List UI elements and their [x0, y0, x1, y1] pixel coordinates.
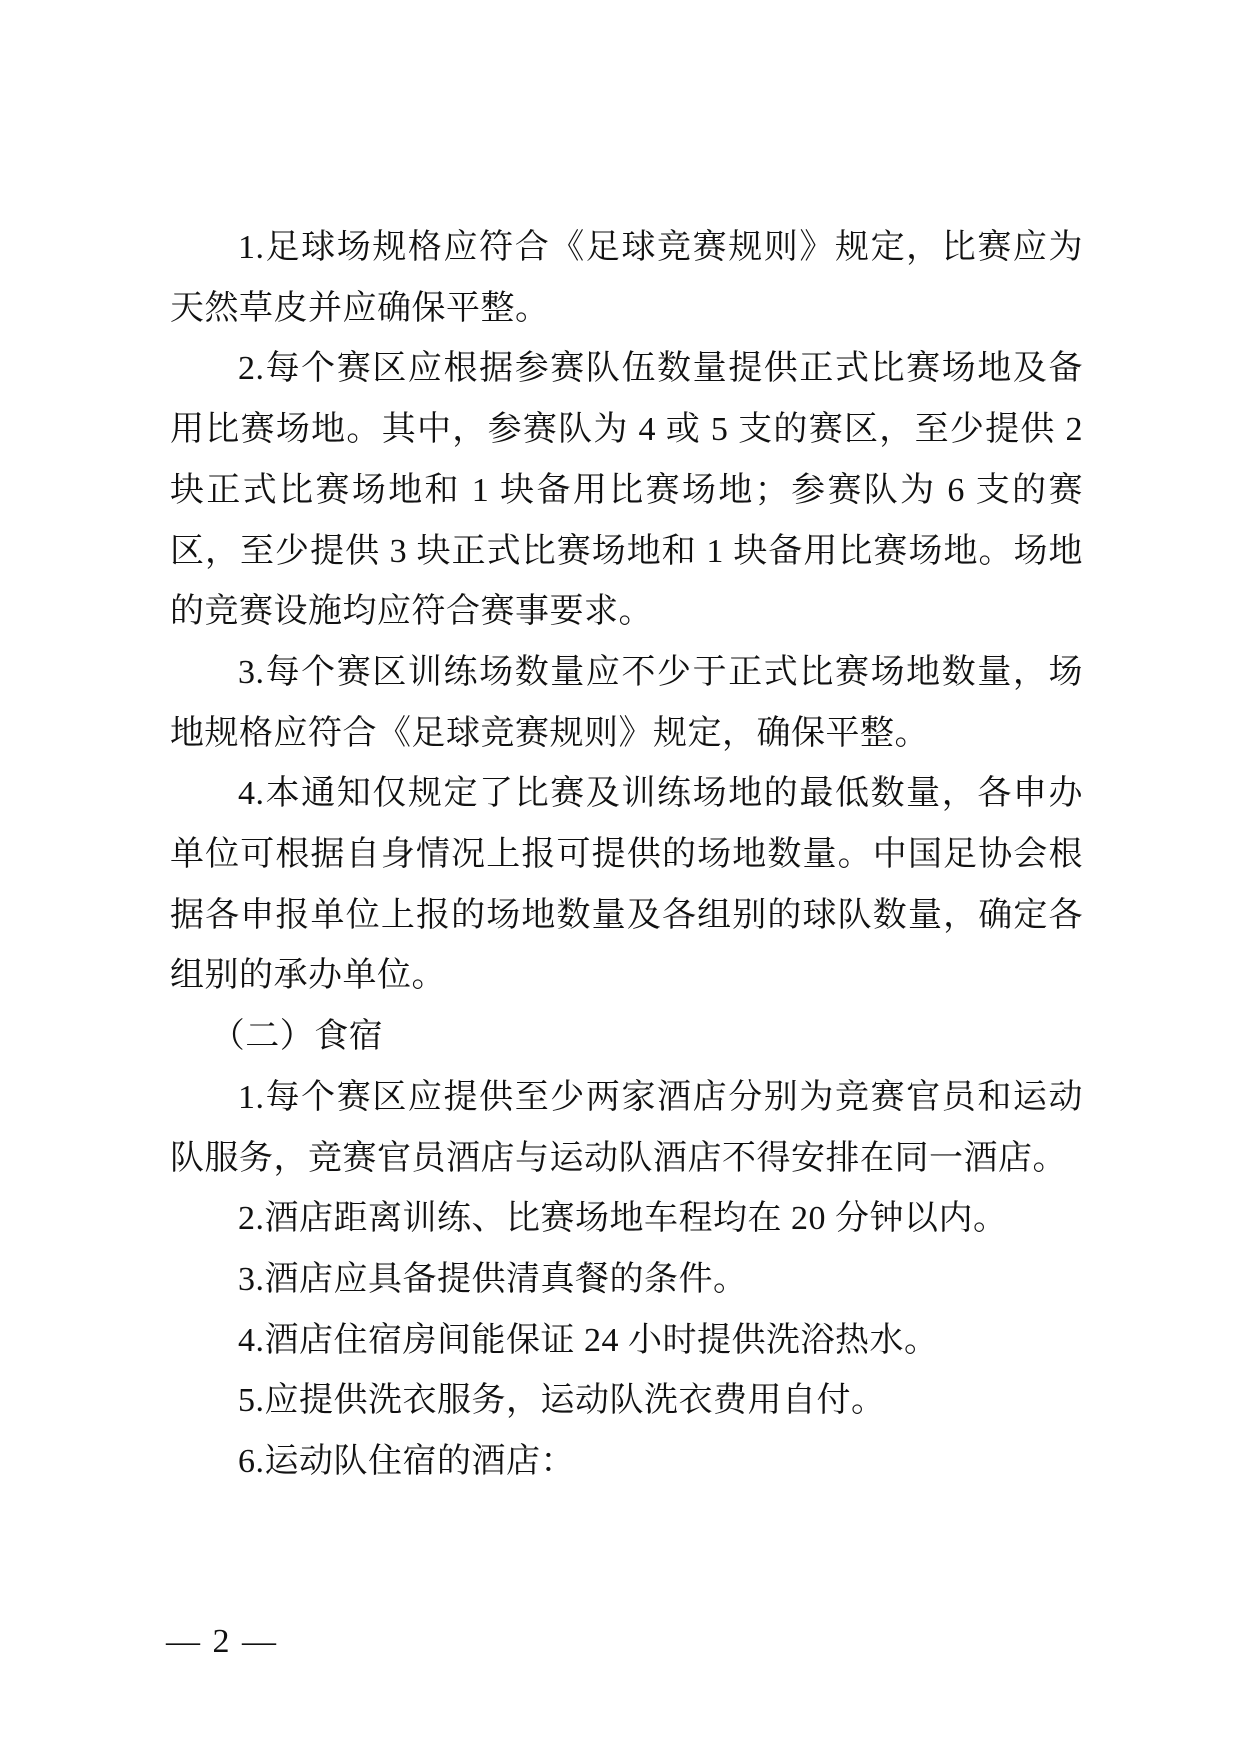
paragraph-venue-2: 2.每个赛区应根据参赛队伍数量提供正式比赛场地及备用比赛场地。其中，参赛队为 4… [170, 339, 1083, 643]
paragraph-lodging-3: 3.酒店应具备提供清真餐的条件。 [170, 1250, 1083, 1311]
paragraph-venue-4: 4.本通知仅规定了比赛及训练场地的最低数量，各申办单位可根据自身情况上报可提供的… [170, 764, 1083, 1007]
paragraph-lodging-4: 4.酒店住宿房间能保证 24 小时提供洗浴热水。 [170, 1311, 1083, 1372]
document-page: 1.足球场规格应符合《足球竞赛规则》规定，比赛应为天然草皮并应确保平整。 2.每… [0, 0, 1241, 1754]
page-number: — 2 — [166, 1622, 278, 1662]
paragraph-lodging-1: 1.每个赛区应提供至少两家酒店分别为竞赛官员和运动队服务，竞赛官员酒店与运动队酒… [170, 1068, 1083, 1189]
document-body: 1.足球场规格应符合《足球竞赛规则》规定，比赛应为天然草皮并应确保平整。 2.每… [170, 218, 1083, 1493]
paragraph-venue-3: 3.每个赛区训练场数量应不少于正式比赛场地数量，场地规格应符合《足球竞赛规则》规… [170, 643, 1083, 764]
paragraph-lodging-2: 2.酒店距离训练、比赛场地车程均在 20 分钟以内。 [170, 1189, 1083, 1250]
paragraph-venue-1: 1.足球场规格应符合《足球竞赛规则》规定，比赛应为天然草皮并应确保平整。 [170, 218, 1083, 339]
section-heading-food-lodging: （二）食宿 [170, 1007, 1083, 1068]
paragraph-lodging-5: 5.应提供洗衣服务，运动队洗衣费用自付。 [170, 1371, 1083, 1432]
paragraph-lodging-6: 6.运动队住宿的酒店： [170, 1432, 1083, 1493]
